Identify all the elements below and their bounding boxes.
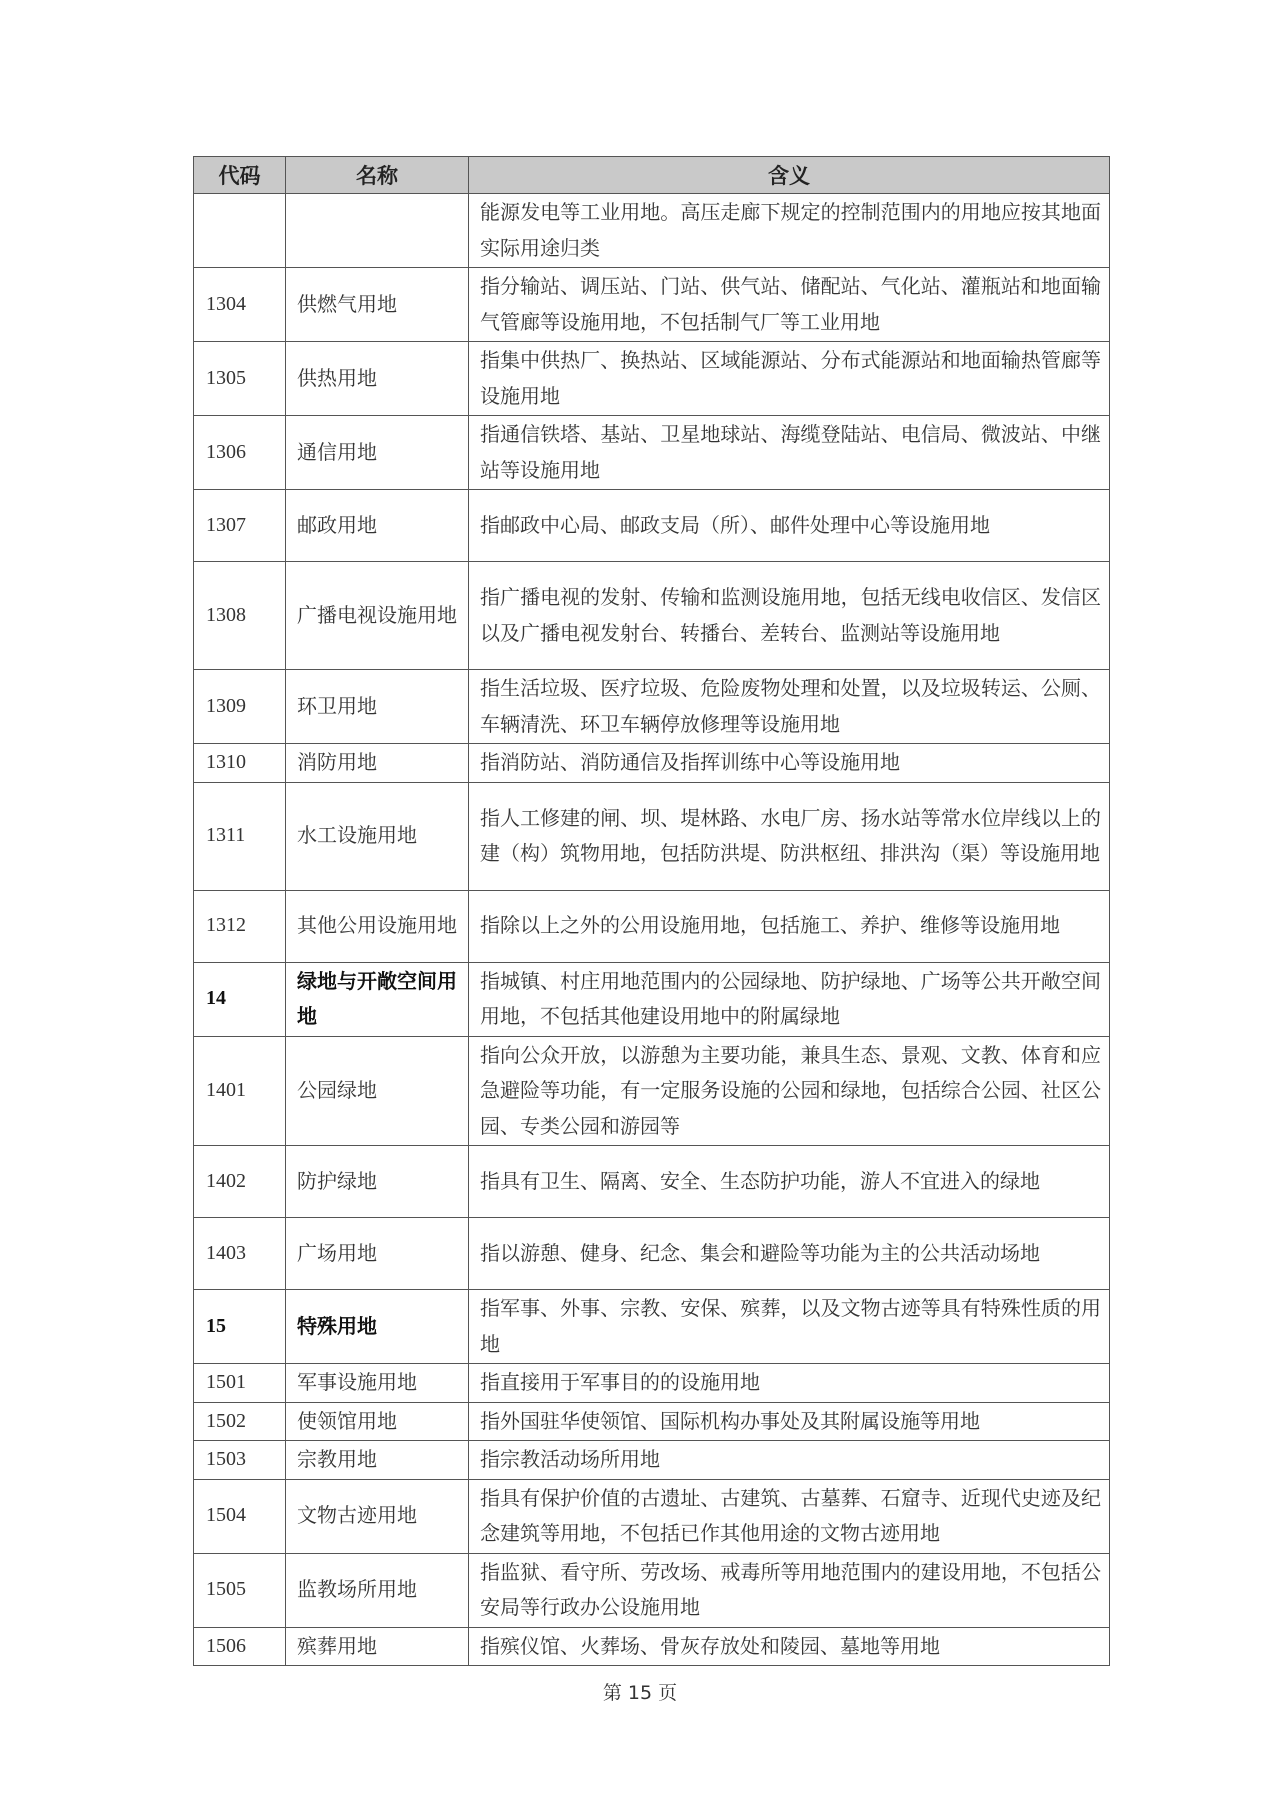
description-cell: 指通信铁塔、基站、卫星地球站、海缆登陆站、电信局、微波站、中继站等设施用地: [469, 416, 1110, 490]
code-cell: 14: [194, 962, 286, 1036]
table-row: 1503宗教用地指宗教活动场所用地: [194, 1441, 1110, 1480]
name-cell: 特殊用地: [286, 1290, 469, 1364]
code-cell: 1309: [194, 670, 286, 744]
table-row: 1501军事设施用地指直接用于军事目的的设施用地: [194, 1364, 1110, 1403]
code-cell: 1311: [194, 782, 286, 890]
description-cell: 指人工修建的闸、坝、堤林路、水电厂房、扬水站等常水位岸线以上的建（构）筑物用地，…: [469, 782, 1110, 890]
description-cell: 指具有卫生、隔离、安全、生态防护功能，游人不宜进入的绿地: [469, 1146, 1110, 1218]
code-cell: [194, 194, 286, 268]
code-cell: 1403: [194, 1218, 286, 1290]
description-cell: 指具有保护价值的古遗址、古建筑、古墓葬、石窟寺、近现代史迹及纪念建筑等用地，不包…: [469, 1479, 1110, 1553]
code-cell: 1505: [194, 1553, 286, 1627]
description-cell: 指生活垃圾、医疗垃圾、危险废物处理和处置，以及垃圾转运、公厕、车辆清洗、环卫车辆…: [469, 670, 1110, 744]
description-cell: 指监狱、看守所、劳改场、戒毒所等用地范围内的建设用地，不包括公安局等行政办公设施…: [469, 1553, 1110, 1627]
description-cell: 指广播电视的发射、传输和监测设施用地，包括无线电收信区、发信区以及广播电视发射台…: [469, 562, 1110, 670]
code-cell: 1401: [194, 1036, 286, 1146]
table-row: 1504文物古迹用地指具有保护价值的古遗址、古建筑、古墓葬、石窟寺、近现代史迹及…: [194, 1479, 1110, 1553]
name-cell: 环卫用地: [286, 670, 469, 744]
table-row: 1401公园绿地指向公众开放，以游憩为主要功能，兼具生态、景观、文教、体育和应急…: [194, 1036, 1110, 1146]
header-description: 含义: [469, 157, 1110, 194]
name-cell: 水工设施用地: [286, 782, 469, 890]
description-cell: 能源发电等工业用地。高压走廊下规定的控制范围内的用地应按其地面实际用途归类: [469, 194, 1110, 268]
table-row: 1308广播电视设施用地指广播电视的发射、传输和监测设施用地，包括无线电收信区、…: [194, 562, 1110, 670]
description-cell: 指殡仪馆、火葬场、骨灰存放处和陵园、墓地等用地: [469, 1627, 1110, 1666]
description-cell: 指宗教活动场所用地: [469, 1441, 1110, 1480]
name-cell: 供燃气用地: [286, 268, 469, 342]
name-cell: [286, 194, 469, 268]
header-name: 名称: [286, 157, 469, 194]
table-row: 15特殊用地指军事、外事、宗教、安保、殡葬，以及文物古迹等具有特殊性质的用地: [194, 1290, 1110, 1364]
code-cell: 1304: [194, 268, 286, 342]
table-row: 能源发电等工业用地。高压走廊下规定的控制范围内的用地应按其地面实际用途归类: [194, 194, 1110, 268]
name-cell: 文物古迹用地: [286, 1479, 469, 1553]
table-row: 1403广场用地指以游憩、健身、纪念、集会和避险等功能为主的公共活动场地: [194, 1218, 1110, 1290]
table-row: 1310消防用地指消防站、消防通信及指挥训练中心等设施用地: [194, 744, 1110, 783]
name-cell: 邮政用地: [286, 490, 469, 562]
table-row: 1506殡葬用地指殡仪馆、火葬场、骨灰存放处和陵园、墓地等用地: [194, 1627, 1110, 1666]
table-body: 能源发电等工业用地。高压走廊下规定的控制范围内的用地应按其地面实际用途归类130…: [194, 194, 1110, 1666]
name-cell: 殡葬用地: [286, 1627, 469, 1666]
table-row: 1304供燃气用地指分输站、调压站、门站、供气站、储配站、气化站、灌瓶站和地面输…: [194, 268, 1110, 342]
description-cell: 指消防站、消防通信及指挥训练中心等设施用地: [469, 744, 1110, 783]
description-cell: 指集中供热厂、换热站、区域能源站、分布式能源站和地面输热管廊等设施用地: [469, 342, 1110, 416]
land-use-classification-table: 代码 名称 含义 能源发电等工业用地。高压走廊下规定的控制范围内的用地应按其地面…: [193, 156, 1110, 1666]
code-cell: 1504: [194, 1479, 286, 1553]
name-cell: 消防用地: [286, 744, 469, 783]
table-row: 1312其他公用设施用地指除以上之外的公用设施用地，包括施工、养护、维修等设施用…: [194, 890, 1110, 962]
code-cell: 1307: [194, 490, 286, 562]
name-cell: 广场用地: [286, 1218, 469, 1290]
document-page: 代码 名称 含义 能源发电等工业用地。高压走廊下规定的控制范围内的用地应按其地面…: [0, 0, 1280, 1810]
description-cell: 指向公众开放，以游憩为主要功能，兼具生态、景观、文教、体育和应急避险等功能，有一…: [469, 1036, 1110, 1146]
table-row: 14绿地与开敞空间用地指城镇、村庄用地范围内的公园绿地、防护绿地、广场等公共开敞…: [194, 962, 1110, 1036]
code-cell: 1310: [194, 744, 286, 783]
table-row: 1305供热用地指集中供热厂、换热站、区域能源站、分布式能源站和地面输热管廊等设…: [194, 342, 1110, 416]
code-cell: 1308: [194, 562, 286, 670]
code-cell: 1306: [194, 416, 286, 490]
description-cell: 指邮政中心局、邮政支局（所）、邮件处理中心等设施用地: [469, 490, 1110, 562]
table-row: 1505监教场所用地指监狱、看守所、劳改场、戒毒所等用地范围内的建设用地，不包括…: [194, 1553, 1110, 1627]
code-cell: 1402: [194, 1146, 286, 1218]
name-cell: 绿地与开敞空间用地: [286, 962, 469, 1036]
code-cell: 1305: [194, 342, 286, 416]
description-cell: 指外国驻华使领馆、国际机构办事处及其附属设施等用地: [469, 1402, 1110, 1441]
code-cell: 1502: [194, 1402, 286, 1441]
table-row: 1402防护绿地指具有卫生、隔离、安全、生态防护功能，游人不宜进入的绿地: [194, 1146, 1110, 1218]
header-code: 代码: [194, 157, 286, 194]
code-cell: 1503: [194, 1441, 286, 1480]
code-cell: 1506: [194, 1627, 286, 1666]
name-cell: 军事设施用地: [286, 1364, 469, 1403]
code-cell: 15: [194, 1290, 286, 1364]
name-cell: 监教场所用地: [286, 1553, 469, 1627]
table-row: 1309环卫用地指生活垃圾、医疗垃圾、危险废物处理和处置，以及垃圾转运、公厕、车…: [194, 670, 1110, 744]
description-cell: 指分输站、调压站、门站、供气站、储配站、气化站、灌瓶站和地面输气管廊等设施用地，…: [469, 268, 1110, 342]
table-row: 1502使领馆用地指外国驻华使领馆、国际机构办事处及其附属设施等用地: [194, 1402, 1110, 1441]
description-cell: 指以游憩、健身、纪念、集会和避险等功能为主的公共活动场地: [469, 1218, 1110, 1290]
page-number: 第 15 页: [0, 1678, 1280, 1705]
description-cell: 指军事、外事、宗教、安保、殡葬，以及文物古迹等具有特殊性质的用地: [469, 1290, 1110, 1364]
description-cell: 指城镇、村庄用地范围内的公园绿地、防护绿地、广场等公共开敞空间用地，不包括其他建…: [469, 962, 1110, 1036]
code-cell: 1312: [194, 890, 286, 962]
name-cell: 供热用地: [286, 342, 469, 416]
description-cell: 指直接用于军事目的的设施用地: [469, 1364, 1110, 1403]
name-cell: 宗教用地: [286, 1441, 469, 1480]
name-cell: 广播电视设施用地: [286, 562, 469, 670]
table-row: 1307邮政用地指邮政中心局、邮政支局（所）、邮件处理中心等设施用地: [194, 490, 1110, 562]
name-cell: 公园绿地: [286, 1036, 469, 1146]
table-row: 1306通信用地指通信铁塔、基站、卫星地球站、海缆登陆站、电信局、微波站、中继站…: [194, 416, 1110, 490]
name-cell: 防护绿地: [286, 1146, 469, 1218]
description-cell: 指除以上之外的公用设施用地，包括施工、养护、维修等设施用地: [469, 890, 1110, 962]
name-cell: 使领馆用地: [286, 1402, 469, 1441]
name-cell: 通信用地: [286, 416, 469, 490]
name-cell: 其他公用设施用地: [286, 890, 469, 962]
table-header-row: 代码 名称 含义: [194, 157, 1110, 194]
table-row: 1311水工设施用地指人工修建的闸、坝、堤林路、水电厂房、扬水站等常水位岸线以上…: [194, 782, 1110, 890]
code-cell: 1501: [194, 1364, 286, 1403]
